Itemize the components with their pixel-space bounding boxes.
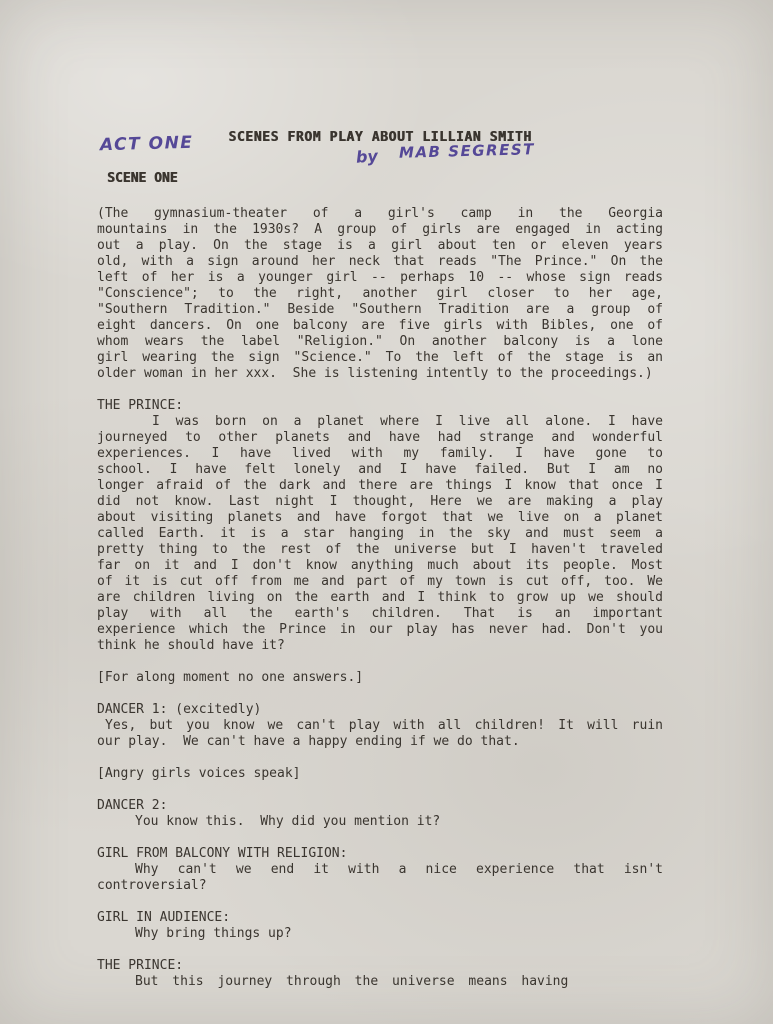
script-line: play with all the earth's children. That… bbox=[97, 606, 663, 622]
stage-directions: (The gymnasium-theater of a girl's camp … bbox=[97, 206, 663, 382]
speaker-name: DANCER 2: bbox=[97, 798, 663, 814]
script-line: But this journey through the universe me… bbox=[97, 974, 663, 990]
script-line: far on it and I don't know anything much… bbox=[97, 558, 663, 574]
dialogue-block-girl-religion: GIRL FROM BALCONY WITH RELIGION: Why can… bbox=[97, 846, 663, 894]
speaker-name: GIRL FROM BALCONY WITH RELIGION: bbox=[97, 846, 663, 862]
script-line: experience which the Prince in our play … bbox=[97, 622, 663, 638]
script-line: our play. We can't have a happy ending i… bbox=[97, 734, 663, 750]
script-line: You know this. Why did you mention it? bbox=[97, 814, 663, 830]
script-line: whom wears the label "Religion." On anot… bbox=[97, 334, 663, 350]
script-line: pretty thing to the rest of the universe… bbox=[97, 542, 663, 558]
dialogue-block-girl-audience: GIRL IN AUDIENCE: Why bring things up? bbox=[97, 910, 663, 942]
script-line: of it is cut off from me and part of my … bbox=[97, 574, 663, 590]
script-line: school. I have felt lonely and I have fa… bbox=[97, 462, 663, 478]
script-line: controversial? bbox=[97, 878, 663, 894]
script-line: Why bring things up? bbox=[97, 926, 663, 942]
script-line: longer afraid of the dark and there are … bbox=[97, 478, 663, 494]
script-line: "Southern Tradition." Beside "Southern T… bbox=[97, 302, 663, 318]
scanned-page: ACT ONE by MAB SEGREST SCENES FROM PLAY … bbox=[0, 0, 773, 1024]
script-line: [For along moment no one answers.] bbox=[97, 670, 663, 686]
script-line: Yes, but you know we can't play with all… bbox=[97, 718, 663, 734]
speaker-name: THE PRINCE: bbox=[97, 958, 663, 974]
script-line: mountains in the 1930s? A group of girls… bbox=[97, 222, 663, 238]
script-line: Why can't we end it with a nice experien… bbox=[97, 862, 663, 878]
script-line: called Earth. it is a star hanging in th… bbox=[97, 526, 663, 542]
page-title: SCENES FROM PLAY ABOUT LILLIAN SMITH bbox=[97, 130, 663, 146]
dialogue-block-prince-2: THE PRINCE: But this journey through the… bbox=[97, 958, 663, 990]
script-line: did not know. Last night I thought, Here… bbox=[97, 494, 663, 510]
script-line: [Angry girls voices speak] bbox=[97, 766, 663, 782]
speaker-name: THE PRINCE: bbox=[97, 398, 663, 414]
script-line: "Conscience"; to the right, another girl… bbox=[97, 286, 663, 302]
speaker-name: DANCER 1: (excitedly) bbox=[97, 702, 663, 718]
script-line: left of her is a younger girl -- perhaps… bbox=[97, 270, 663, 286]
bracket-stage-direction: [Angry girls voices speak] bbox=[97, 766, 663, 782]
scene-heading: SCENE ONE bbox=[97, 171, 663, 187]
dialogue-block-dancer2: DANCER 2: You know this. Why did you men… bbox=[97, 798, 663, 830]
script-line: are children living on the earth and I t… bbox=[97, 590, 663, 606]
speaker-name: GIRL IN AUDIENCE: bbox=[97, 910, 663, 926]
script-line: eight dancers. On one balcony are five g… bbox=[97, 318, 663, 334]
script-line: (The gymnasium-theater of a girl's camp … bbox=[97, 206, 663, 222]
script-line: I was born on a planet where I live all … bbox=[97, 414, 663, 430]
script-line: girl wearing the sign "Science." To the … bbox=[97, 350, 663, 366]
typescript-content: SCENES FROM PLAY ABOUT LILLIAN SMITH SCE… bbox=[97, 130, 663, 990]
bracket-stage-direction: [For along moment no one answers.] bbox=[97, 670, 663, 686]
script-line: journeyed to other planets and have had … bbox=[97, 430, 663, 446]
dialogue-block-prince: THE PRINCE: I was born on a planet where… bbox=[97, 398, 663, 654]
script-line: about visiting planets and have forgot t… bbox=[97, 510, 663, 526]
script-line: think he should have it? bbox=[97, 638, 663, 654]
dialogue-block-dancer1: DANCER 1: (excitedly) Yes, but you know … bbox=[97, 702, 663, 750]
script-line: old, with a sign around her neck that re… bbox=[97, 254, 663, 270]
script-line: older woman in her xxx. She is listening… bbox=[97, 366, 663, 382]
script-line: out a play. On the stage is a girl about… bbox=[97, 238, 663, 254]
script-line: experiences. I have lived with my family… bbox=[97, 446, 663, 462]
